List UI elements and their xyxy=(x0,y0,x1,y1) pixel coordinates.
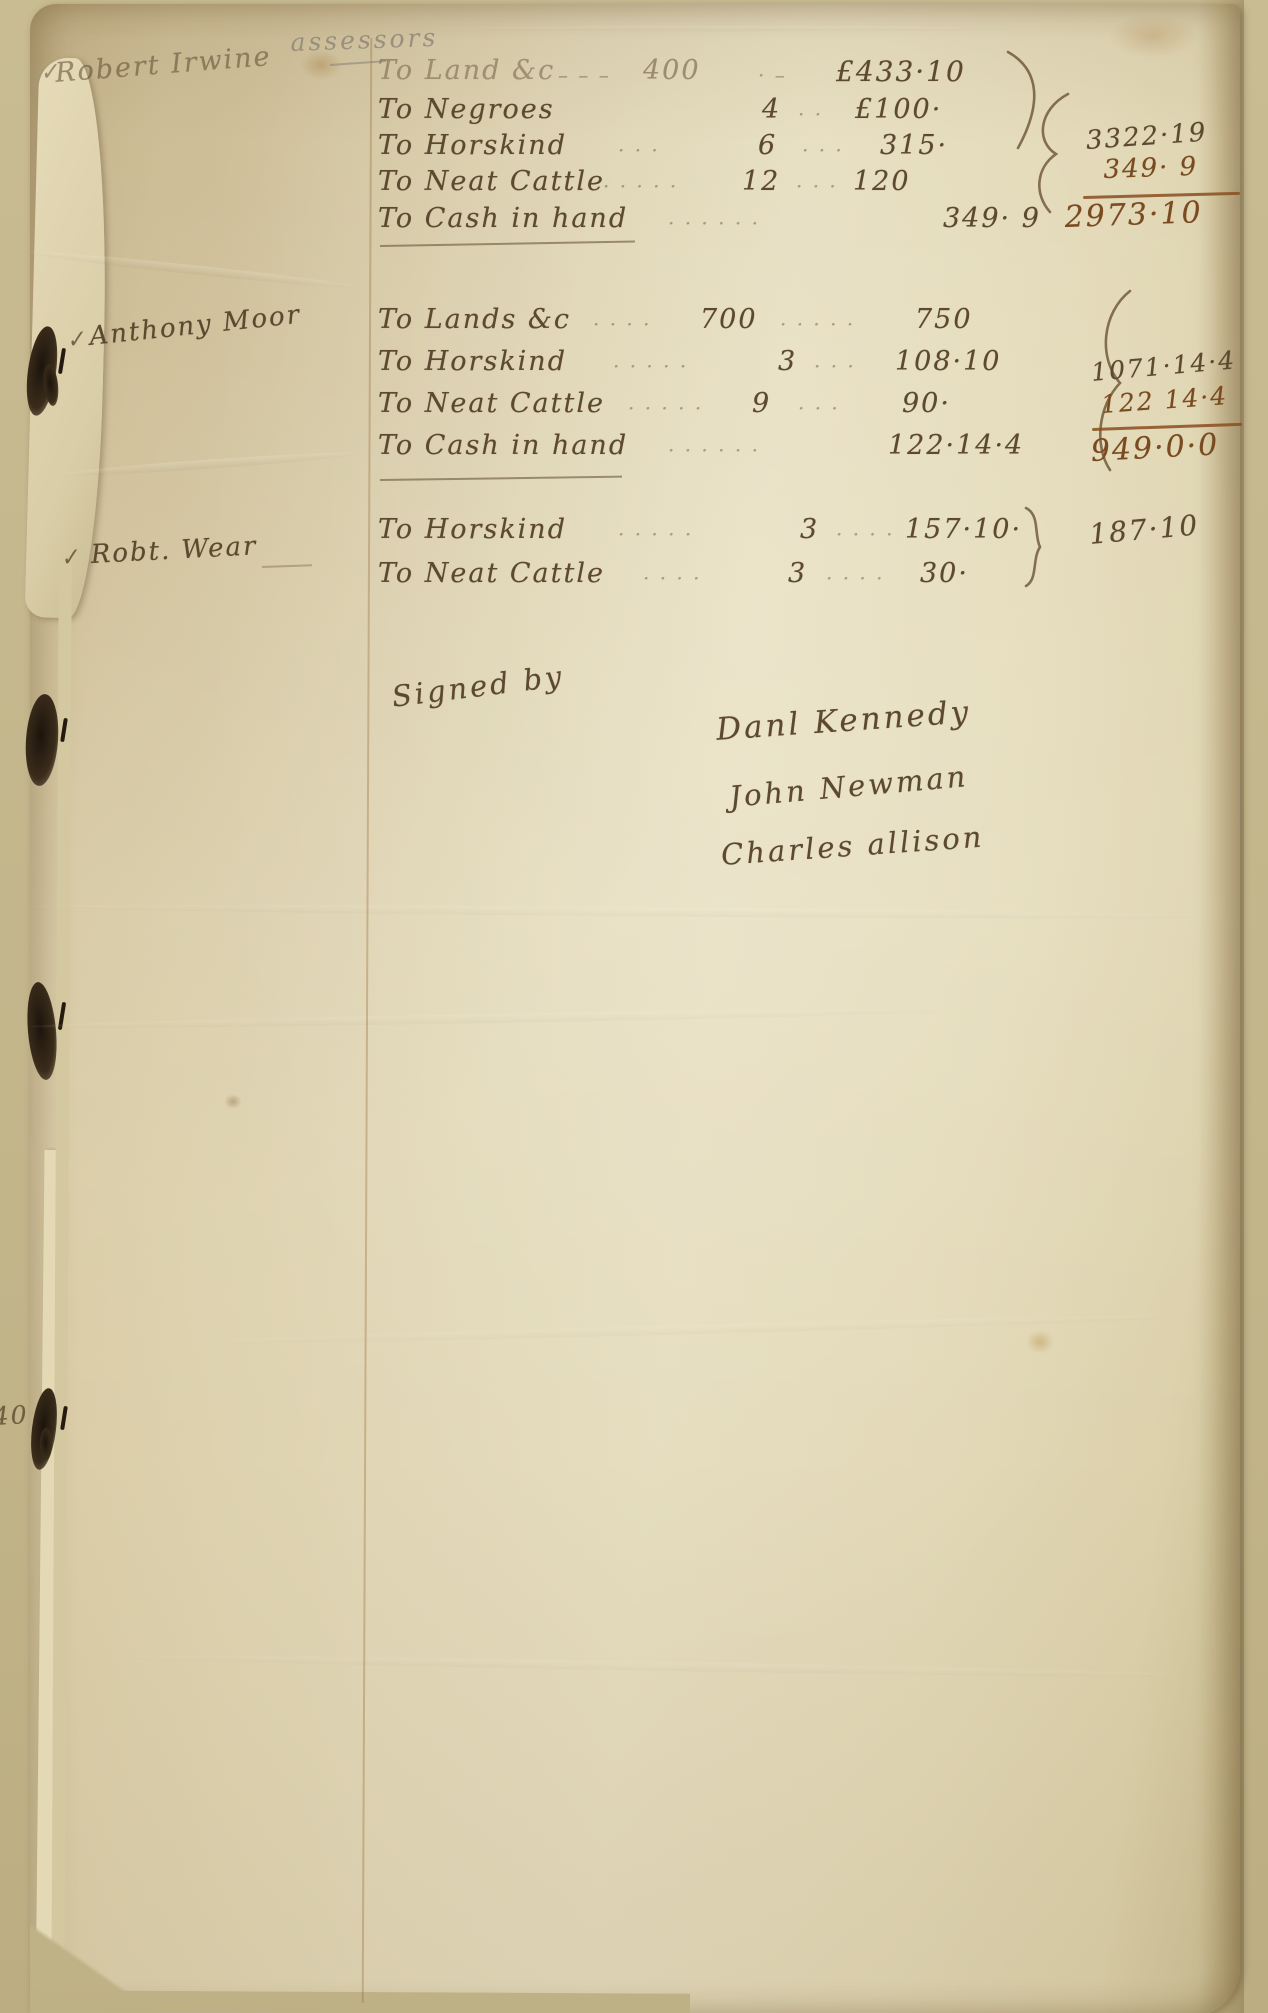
line-label: To Neat Cattle xyxy=(378,166,605,197)
line-label: To Neat Cattle xyxy=(378,388,605,419)
margin-total: 2973·10 xyxy=(1064,195,1203,235)
line-amount: 157·10· xyxy=(905,514,1022,545)
leader-dots: · · · xyxy=(798,396,840,420)
line-amount: 90· xyxy=(902,388,951,419)
line-label: To Land &c xyxy=(378,55,555,86)
leader-dots: · · · · · xyxy=(780,312,855,336)
edge-note: 40 xyxy=(0,1400,29,1431)
line-label: To Neat Cattle xyxy=(378,558,605,589)
leader-dots: · · · · · xyxy=(628,396,703,420)
leader-dots: · · · · · · xyxy=(668,438,760,462)
line-label: To Horskind xyxy=(378,130,567,161)
line-amount: 349· 9 xyxy=(943,203,1041,234)
leader-dots: · · · · · xyxy=(613,354,688,378)
mat-edge xyxy=(30,1990,690,2013)
line-qty: 4 xyxy=(762,94,781,125)
pencil-heading: assessors xyxy=(290,23,439,57)
line-amount: 315· xyxy=(880,130,948,161)
leader-dots: · · · xyxy=(802,138,844,162)
leader-dots: – – – xyxy=(558,63,611,87)
leader-dots: · · · · · xyxy=(618,522,693,546)
line-label: To Horskind xyxy=(378,346,567,377)
line-qty: 6 xyxy=(758,130,777,161)
line-amount: £433·10 xyxy=(836,55,966,88)
line-label: To Cash in hand xyxy=(378,430,628,461)
paper-crease xyxy=(440,26,1030,31)
stain xyxy=(1108,14,1198,58)
line-amount: 122·14·4 xyxy=(888,430,1024,461)
line-qty: 3 xyxy=(788,558,807,589)
leader-dots: · · · · · · xyxy=(668,211,760,235)
stain xyxy=(224,1094,242,1109)
line-amount: £100· xyxy=(855,94,942,125)
grouping-brace xyxy=(1018,505,1048,590)
line-label: To Cash in hand xyxy=(378,203,628,234)
line-amount: 108·10 xyxy=(895,346,1001,377)
page-fold-shadow xyxy=(1198,0,1244,2013)
line-label: To Lands &c xyxy=(378,304,571,335)
margin-total: 949·0·0 xyxy=(1090,427,1220,469)
leader-dots: · · · · xyxy=(643,566,702,590)
leader-dots: · · xyxy=(798,102,823,126)
line-amount: 120 xyxy=(853,166,911,197)
leader-dots: · · · · xyxy=(826,566,885,590)
grouping-brace xyxy=(1030,92,1075,214)
leader-dots: · · · · xyxy=(593,312,652,336)
binding-tear xyxy=(40,1428,52,1460)
line-amount: 30· xyxy=(920,558,969,589)
line-qty: 700 xyxy=(700,304,758,335)
leader-dots: · · · · xyxy=(836,522,895,546)
line-label: To Negroes xyxy=(378,94,555,125)
line-qty: 12 xyxy=(742,166,780,197)
leader-dots: · · · · · xyxy=(603,174,678,198)
line-qty: 9 xyxy=(752,388,771,419)
leader-dots: · · · xyxy=(796,174,838,198)
line-label: To Horskind xyxy=(378,514,567,545)
ledger-scan: assessors ✓ Robert Irwine To Land &c – –… xyxy=(0,0,1268,2013)
leader-dots: · · · xyxy=(814,354,856,378)
line-amount: 750 xyxy=(915,304,973,335)
margin-deduction: 349· 9 xyxy=(1103,152,1199,185)
leader-dots: · – xyxy=(758,63,787,87)
stain xyxy=(1026,1330,1054,1354)
line-qty: 3 xyxy=(778,346,797,377)
line-qty: 400 xyxy=(643,55,701,86)
leader-dots: · · · xyxy=(618,138,660,162)
line-qty: 3 xyxy=(800,514,819,545)
